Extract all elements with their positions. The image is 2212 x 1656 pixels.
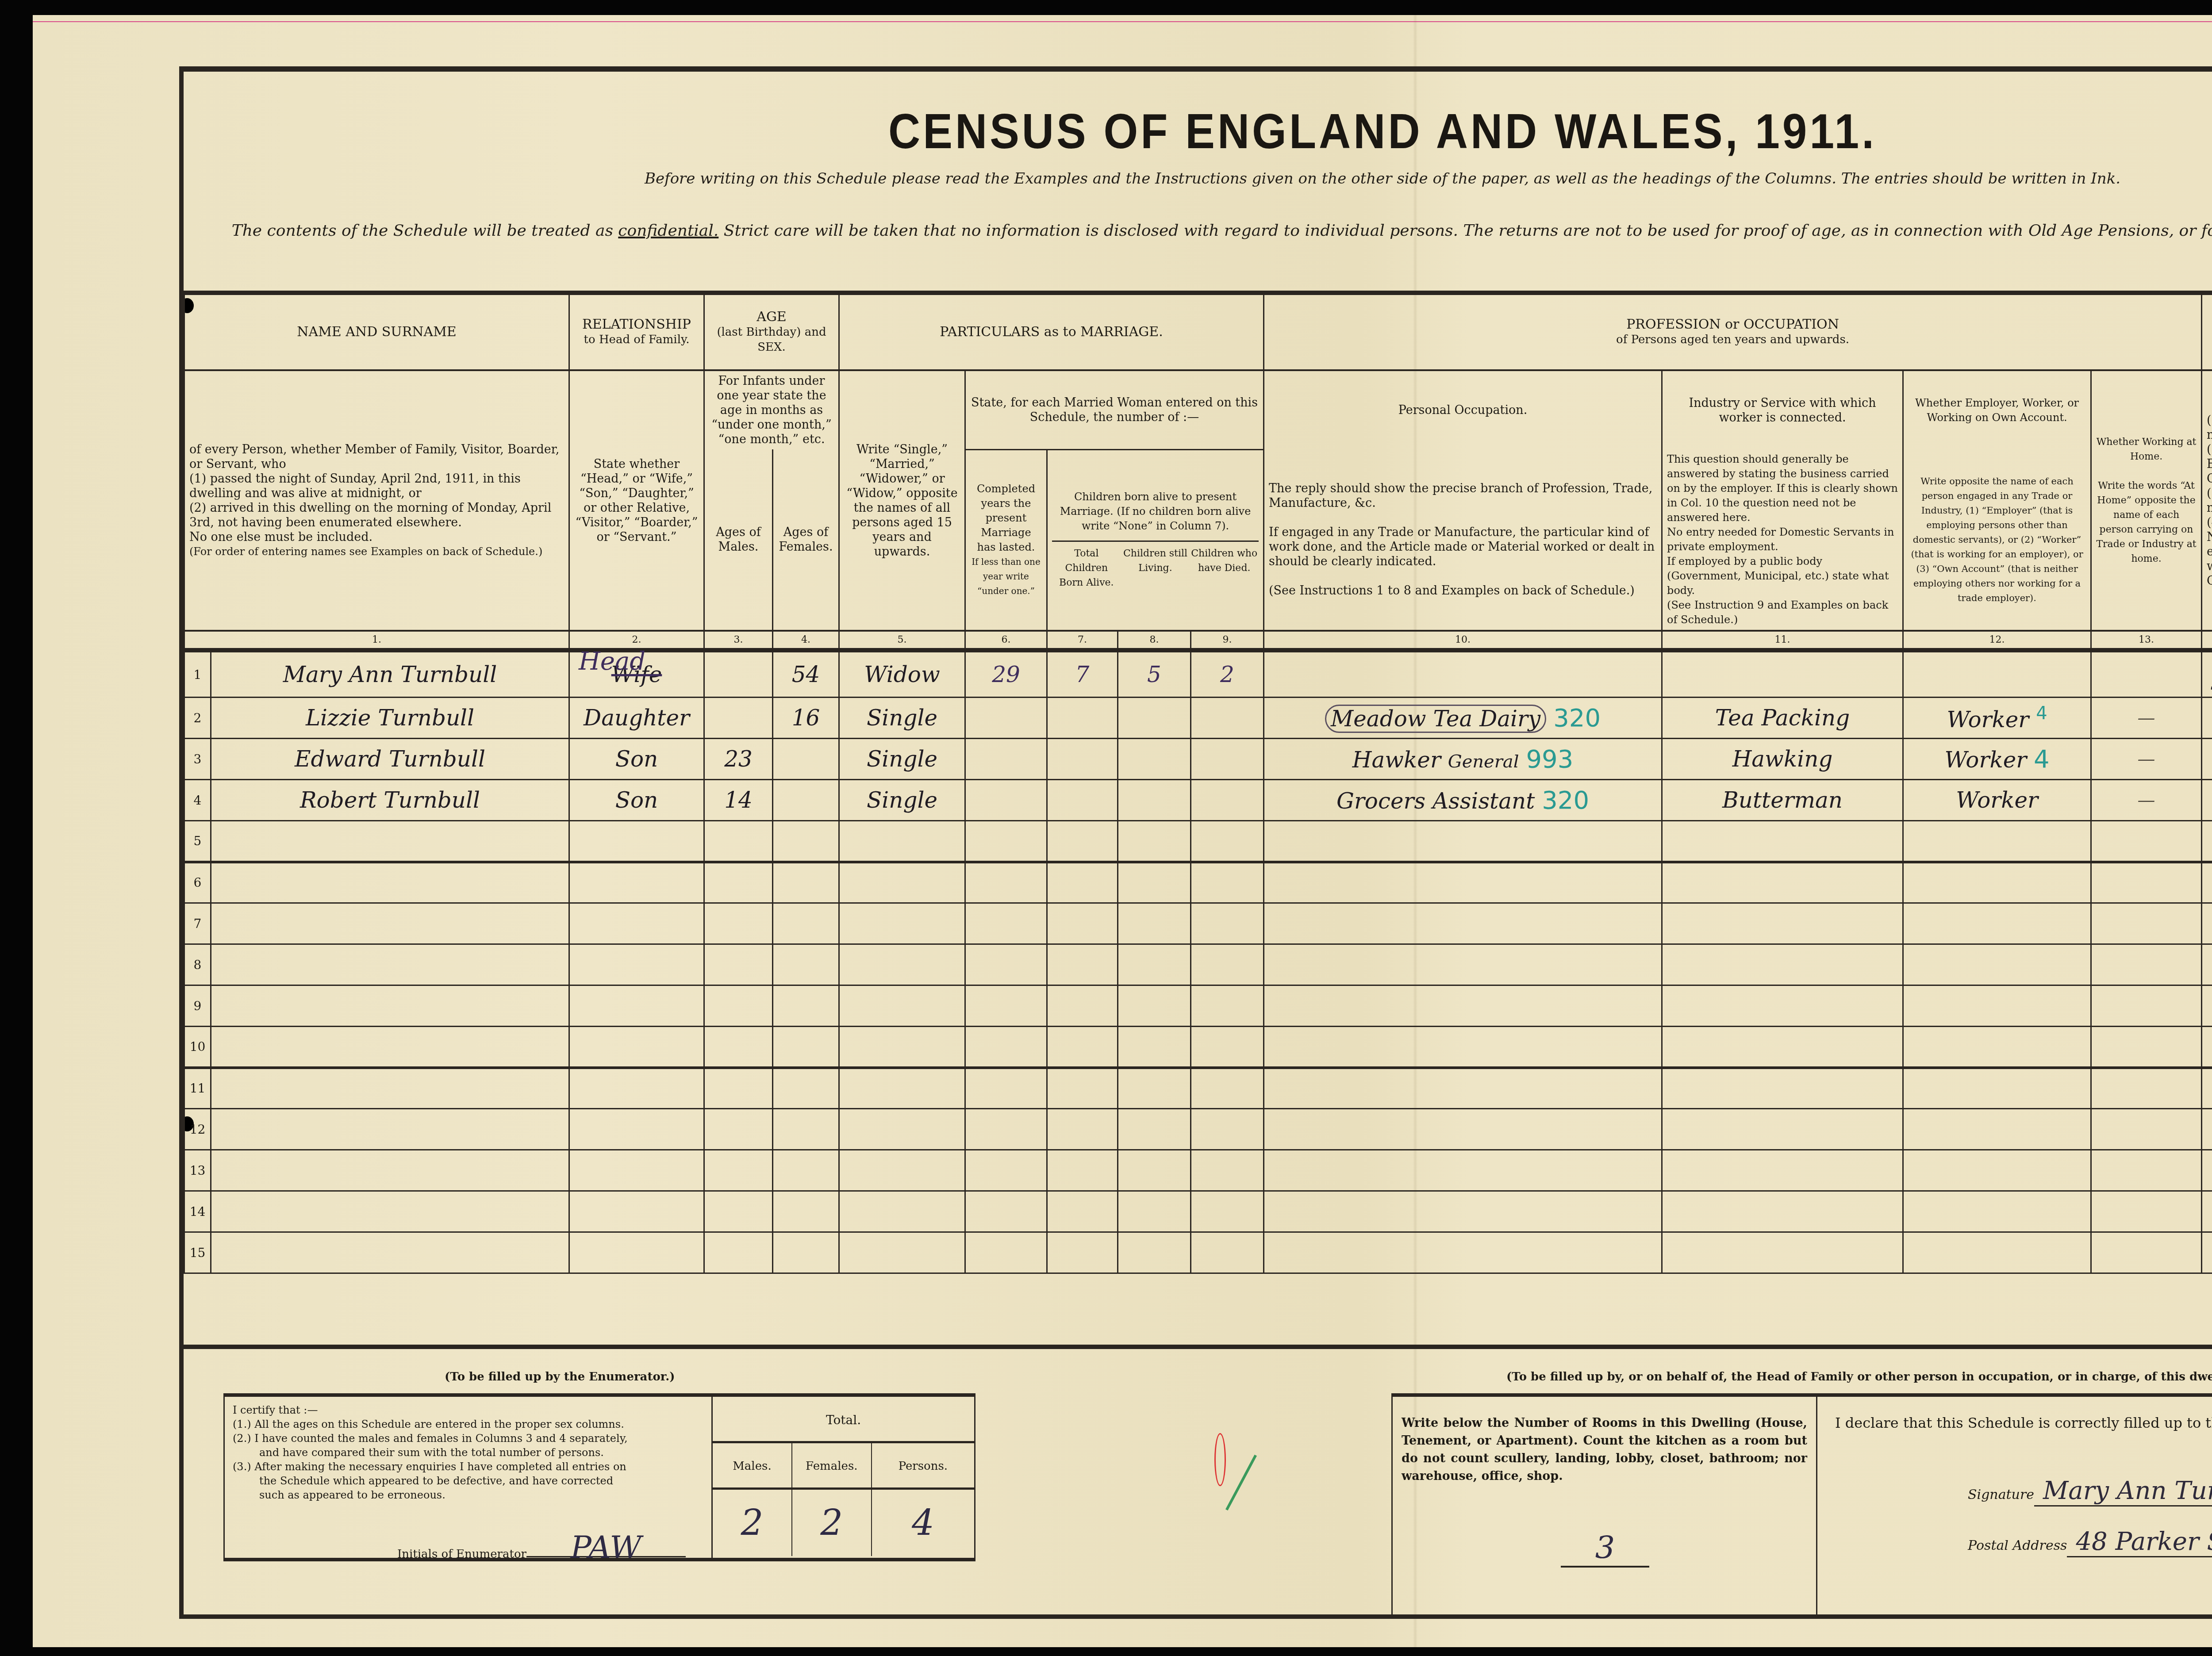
age-female-cell[interactable] <box>773 780 839 821</box>
name-cell[interactable]: Mary Ann Turnbull <box>211 650 569 698</box>
col-11-label: Industry or Service with which worker is… <box>1662 370 1903 449</box>
col-relationship-description: State whether “Head,” or “Wife,” “Son,” … <box>569 370 704 631</box>
industry-cell[interactable]: Butterman <box>1662 780 1903 821</box>
children-born-cell[interactable] <box>1047 739 1118 780</box>
table-row: 11 <box>184 1068 2212 1109</box>
col-13-description: Whether Working at Home.Write the words … <box>2091 370 2202 631</box>
enumerator-initials: Initials of EnumeratorPAW <box>397 1538 686 1563</box>
table-row: 12 <box>184 1109 2212 1150</box>
at-home-cell[interactable]: — <box>2091 739 2202 780</box>
condition-cell[interactable]: Single <box>839 698 965 739</box>
table-row: 2 Lizzie Turnbull Daughter 16 Single Mea… <box>184 698 2212 739</box>
enumerator-certificate: I certify that :— (1.) All the ages on t… <box>223 1393 975 1561</box>
totals-table: Total. Males.Females.Persons. 2 2 4 <box>711 1397 974 1558</box>
at-home-cell[interactable]: — <box>2091 780 2202 821</box>
age-male-cell[interactable]: 14 <box>704 780 773 821</box>
birthplace-cell[interactable]: NorthumberlandShieldfield Newcastle-on-T… <box>2202 650 2212 698</box>
age-male-cell[interactable] <box>704 698 773 739</box>
col-9-label: Children who have Died. <box>1190 546 1259 590</box>
relationship-cell[interactable]: Son <box>569 739 704 780</box>
col-5-description: Write “Single,” “Married,” “Widower,” or… <box>839 370 965 631</box>
col-name-description: of every Person, whether Member of Famil… <box>184 370 569 631</box>
age-female-cell[interactable]: 16 <box>773 698 839 739</box>
children-died-cell[interactable] <box>1191 780 1264 821</box>
col-birthplace-header: BIRTHPLACEof every person. <box>2202 295 2212 370</box>
col-11-description: This question should generally be answer… <box>1662 449 1903 631</box>
header-row: NAME AND SURNAME RELATIONSHIPto Head of … <box>184 295 2212 370</box>
rooms-count[interactable]: 3 <box>1561 1529 1649 1568</box>
condition-cell[interactable]: Widow <box>839 650 965 698</box>
relationship-cell[interactable]: Son <box>569 780 704 821</box>
col-12-description: Write opposite the name of each person e… <box>1903 449 2091 631</box>
at-home-cell[interactable] <box>2091 650 2202 698</box>
col-6-description: Completed years the present Marriage has… <box>965 449 1047 631</box>
age-male-cell[interactable] <box>704 650 773 698</box>
table-row: 8 <box>184 944 2212 985</box>
children-died-cell[interactable]: 2 <box>1191 650 1264 698</box>
age-male-cell[interactable]: 23 <box>704 739 773 780</box>
enumerator-caption: (To be filled up by the Enumerator.) <box>445 1370 675 1384</box>
col-10-description: The reply should show the precise branch… <box>1264 449 1662 631</box>
married-woman-description: State, for each Married Woman entered on… <box>965 370 1264 449</box>
table-row: 10 <box>184 1027 2212 1068</box>
birthplace-cell[interactable]: Heaton Newcastle-on-Tyne <box>2202 698 2212 739</box>
form-header: CENSUS OF ENGLAND AND WALES, 1911. Befor… <box>184 72 2212 295</box>
form-footer: (To be filled up by the Enumerator.) I c… <box>184 1345 2212 1614</box>
red-check-mark <box>1214 1433 1226 1486</box>
occupation-cell[interactable]: Grocers Assistant 320 <box>1264 780 1662 821</box>
confidential-notice: The contents of the Schedule will be tre… <box>201 218 2212 244</box>
table-row: 9 <box>184 985 2212 1027</box>
children-living-cell[interactable] <box>1118 739 1191 780</box>
employment-cell[interactable]: Worker 4 <box>1903 698 2091 739</box>
children-born-cell[interactable] <box>1047 780 1118 821</box>
ink-instructions: Before writing on this Schedule please r… <box>184 170 2212 188</box>
birthplace-cell[interactable]: Heaton Newcastle-on-Tyne <box>2202 780 2212 821</box>
description-row: of every Person, whether Member of Famil… <box>184 370 2212 449</box>
col-8-label: Children still Living. <box>1121 546 1190 590</box>
initials-field[interactable]: PAW <box>526 1538 686 1557</box>
rooms-section: Write below the Number of Rooms in this … <box>1393 1397 1817 1614</box>
birthplace-cell[interactable]: Heaton Newcastle-on-Tyne <box>2202 739 2212 780</box>
table-row: 3 Edward Turnbull Son 23 Single Hawker G… <box>184 739 2212 780</box>
occupation-code: 993 <box>1526 745 1573 774</box>
address-line: Postal Address48 Parker St Byker <box>1968 1527 2212 1557</box>
relationship-cell[interactable]: WifeHead <box>569 650 704 698</box>
census-form: CENSUS OF ENGLAND AND WALES, 1911. Befor… <box>179 66 2212 1619</box>
age-female-cell[interactable] <box>773 739 839 780</box>
total-females[interactable]: 2 <box>792 1490 872 1556</box>
col-age-description: For Infants under one year state the age… <box>704 370 839 449</box>
occupation-cell[interactable]: Meadow Tea Dairy 320 <box>1264 698 1662 739</box>
col-7-label: Total Children Born Alive. <box>1052 546 1121 590</box>
table-row: 4 Robert Turnbull Son 14 Single Grocers … <box>184 780 2212 821</box>
table-row: 1 Mary Ann Turnbull WifeHead 54 Widow 29… <box>184 650 2212 698</box>
occupation-cell[interactable]: Hawker General 993 <box>1264 739 1662 780</box>
table-row: 13 <box>184 1150 2212 1191</box>
children-died-cell[interactable] <box>1191 698 1264 739</box>
at-home-cell[interactable]: — <box>2091 698 2202 739</box>
total-males[interactable]: 2 <box>713 1490 792 1556</box>
table-row: 7 <box>184 903 2212 944</box>
industry-cell[interactable]: Tea Packing <box>1662 698 1903 739</box>
condition-cell[interactable]: Single <box>839 739 965 780</box>
col-occupation-header: PROFESSION or OCCUPATIONof Persons aged … <box>1264 295 2202 370</box>
children-living-cell[interactable] <box>1118 780 1191 821</box>
page-title: CENSUS OF ENGLAND AND WALES, 1911. <box>184 103 2212 160</box>
years-married-cell[interactable] <box>965 780 1047 821</box>
name-cell[interactable]: Robert Turnbull <box>211 780 569 821</box>
table-row: 14 <box>184 1191 2212 1232</box>
col-12-label: Whether Employer, Worker, or Working on … <box>1903 370 2091 449</box>
head-of-family-box: Write below the Number of Rooms in this … <box>1391 1393 2212 1614</box>
col-relationship-header: RELATIONSHIPto Head of Family. <box>569 295 704 370</box>
col-age-header: AGE(last Birthday) and SEX. <box>704 295 839 370</box>
years-married-cell[interactable]: 29 <box>965 650 1047 698</box>
col-name-header: NAME AND SURNAME <box>184 295 569 370</box>
head-of-family-caption: (To be filled up by, or on behalf of, th… <box>1506 1370 2212 1384</box>
employment-cell[interactable] <box>1903 650 2091 698</box>
industry-cell[interactable] <box>1662 650 1903 698</box>
confidential-word: confidential. <box>618 222 718 240</box>
years-married-cell[interactable] <box>965 698 1047 739</box>
children-description: Children born alive to present Marriage.… <box>1047 449 1264 631</box>
col-4-label: Ages of Females. <box>773 449 839 631</box>
household-table: NAME AND SURNAME RELATIONSHIPto Head of … <box>184 295 2212 1274</box>
address-field[interactable]: 48 Parker St Byker <box>2067 1527 2212 1557</box>
declaration: I declare that this Schedule is correctl… <box>1835 1414 2212 1431</box>
children-born-cell[interactable] <box>1047 698 1118 739</box>
children-died-cell[interactable] <box>1191 739 1264 780</box>
col-marriage-header: PARTICULARS as to MARRIAGE. <box>839 295 1264 370</box>
name-cell[interactable]: Lizzie Turnbull <box>211 698 569 739</box>
occupation-cell[interactable] <box>1264 650 1662 698</box>
total-persons[interactable]: 4 <box>872 1490 974 1556</box>
children-living-cell[interactable]: 5 <box>1118 650 1191 698</box>
children-living-cell[interactable] <box>1118 698 1191 739</box>
col-10-label: Personal Occupation. <box>1264 370 1662 449</box>
signature-line: SignatureMary Ann Turnbull <box>1968 1476 2212 1506</box>
col-3-label: Ages of Males. <box>704 449 773 631</box>
occupation-code: 320 <box>1553 704 1601 732</box>
years-married-cell[interactable] <box>965 739 1047 780</box>
col-14-description: (1) If born in the United Kingdom, write… <box>2202 370 2212 631</box>
table-row: 6 <box>184 862 2212 903</box>
condition-cell[interactable]: Single <box>839 780 965 821</box>
industry-cell[interactable]: Hawking <box>1662 739 1903 780</box>
name-cell[interactable]: Edward Turnbull <box>211 739 569 780</box>
table-row: 5 <box>184 821 2212 862</box>
employment-cell[interactable]: Worker 4 <box>1903 739 2091 780</box>
signature-field[interactable]: Mary Ann Turnbull <box>2034 1476 2212 1506</box>
relationship-cell[interactable]: Daughter <box>569 698 704 739</box>
employment-cell[interactable]: Worker <box>1903 780 2091 821</box>
green-tick-mark <box>1222 1453 1257 1510</box>
column-number-row: 1.2.3.4. 5.6.7.8.9. 10.11.12.13. 14.15.1… <box>184 631 2212 650</box>
children-born-cell[interactable]: 7 <box>1047 650 1118 698</box>
table-row: 15 <box>184 1232 2212 1273</box>
occupation-code: 320 <box>1542 786 1589 815</box>
age-female-cell[interactable]: 54 <box>773 650 839 698</box>
